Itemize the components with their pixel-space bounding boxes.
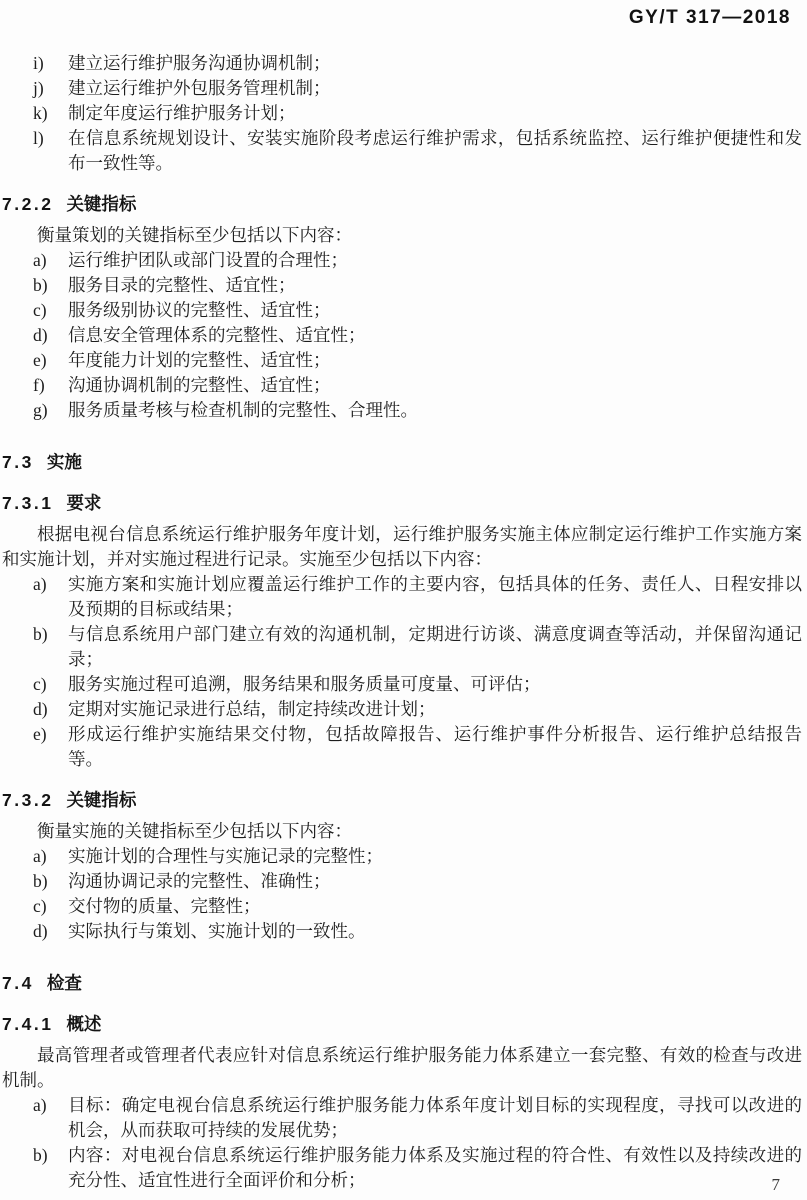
list-item-text: 交付物的质量、完整性； xyxy=(68,896,261,916)
list-item: a)目标：确定电视台信息系统运行维护服务能力体系年度计划目标的实现程度，寻找可以… xyxy=(2,1093,802,1143)
list-item-text: 运行维护团队或部门设置的合理性； xyxy=(68,250,348,270)
list-item-text: 定期对实施记录进行总结，制定持续改进计划； xyxy=(68,699,436,719)
list-item: b)内容：对电视台信息系统运行维护服务能力体系及实施过程的符合性、有效性以及持续… xyxy=(2,1143,802,1193)
list-item: c)服务实施过程可追溯，服务结果和服务质量可度量、可评估； xyxy=(2,672,802,697)
list-item-text: 目标：确定电视台信息系统运行维护服务能力体系年度计划目标的实现程度，寻找可以改进… xyxy=(68,1095,802,1140)
list-item-marker: a) xyxy=(33,1093,47,1118)
list-item-marker: k) xyxy=(33,101,48,126)
ordered-list: a)实施计划的合理性与实施记录的完整性；b)沟通协调记录的完整性、准确性；c)交… xyxy=(2,844,802,944)
list-item-marker: d) xyxy=(33,919,48,944)
list-item-marker: l) xyxy=(33,126,44,151)
section-heading: 7.3.2关键指标 xyxy=(2,788,802,813)
section-heading: 7.4检查 xyxy=(2,971,802,996)
list-item-marker: c) xyxy=(33,298,47,323)
section-heading: 7.2.2关键指标 xyxy=(2,192,802,217)
list-item-text: 服务实施过程可追溯，服务结果和服务质量可度量、可评估； xyxy=(68,674,541,694)
list-item: d)定期对实施记录进行总结，制定持续改进计划； xyxy=(2,697,802,722)
list-item-text: 在信息系统规划设计、安装实施阶段考虑运行维护需求，包括系统监控、运行维护便捷性和… xyxy=(68,128,802,173)
heading-title: 概述 xyxy=(66,1014,101,1034)
list-item: a)实施计划的合理性与实施记录的完整性； xyxy=(2,844,802,869)
list-item-marker: e) xyxy=(33,348,47,373)
list-item-marker: b) xyxy=(33,273,48,298)
ordered-list: a)实施方案和实施计划应覆盖运行维护工作的主要内容，包括具体的任务、责任人、日程… xyxy=(2,572,802,772)
list-item-text: 服务级别协议的完整性、适宜性； xyxy=(68,300,331,320)
heading-number: 7.4 xyxy=(2,973,34,993)
heading-number: 7.3.1 xyxy=(2,493,53,513)
list-item: c)交付物的质量、完整性； xyxy=(2,894,802,919)
paragraph: 衡量策划的关键指标至少包括以下内容： xyxy=(2,223,802,248)
ordered-list: a)运行维护团队或部门设置的合理性；b)服务目录的完整性、适宜性；c)服务级别协… xyxy=(2,248,802,423)
list-item: a)实施方案和实施计划应覆盖运行维护工作的主要内容，包括具体的任务、责任人、日程… xyxy=(2,572,802,622)
heading-title: 检查 xyxy=(47,973,82,993)
list-item-marker: c) xyxy=(33,894,47,919)
list-item-marker: g) xyxy=(33,398,48,423)
heading-title: 关键指标 xyxy=(66,790,136,810)
paragraph: 根据电视台信息系统运行维护服务年度计划，运行维护服务实施主体应制定运行维护工作实… xyxy=(2,522,802,572)
list-item-text: 服务质量考核与检查机制的完整性、合理性。 xyxy=(68,400,418,420)
list-item: k)制定年度运行维护服务计划； xyxy=(2,101,802,126)
page-number: 7 xyxy=(772,1175,781,1195)
list-item-marker: b) xyxy=(33,869,48,894)
list-item: b)与信息系统用户部门建立有效的沟通机制，定期进行访谈、满意度调查等活动，并保留… xyxy=(2,622,802,672)
list-item-text: 制定年度运行维护服务计划； xyxy=(68,103,296,123)
list-item-marker: c) xyxy=(33,672,47,697)
list-item-text: 沟通协调记录的完整性、准确性； xyxy=(68,871,331,891)
heading-number: 7.3 xyxy=(2,452,34,472)
paragraph: 衡量实施的关键指标至少包括以下内容： xyxy=(2,819,802,844)
section-heading: 7.4.1概述 xyxy=(2,1012,802,1037)
list-item: d)信息安全管理体系的完整性、适宜性； xyxy=(2,323,802,348)
list-item: b)服务目录的完整性、适宜性； xyxy=(2,273,802,298)
list-item-marker: i) xyxy=(33,51,44,76)
ordered-list: a)目标：确定电视台信息系统运行维护服务能力体系年度计划目标的实现程度，寻找可以… xyxy=(2,1093,802,1193)
list-item-text: 建立运行维护服务沟通协调机制； xyxy=(68,53,331,73)
list-item-text: 信息安全管理体系的完整性、适宜性； xyxy=(68,325,366,345)
list-item: e)形成运行维护实施结果交付物，包括故障报告、运行维护事件分析报告、运行维护总结… xyxy=(2,722,802,772)
list-item-marker: a) xyxy=(33,844,47,869)
heading-number: 7.4.1 xyxy=(2,1014,53,1034)
list-item-text: 年度能力计划的完整性、适宜性； xyxy=(68,350,331,370)
list-item: i)建立运行维护服务沟通协调机制； xyxy=(2,51,802,76)
list-item: e)年度能力计划的完整性、适宜性； xyxy=(2,348,802,373)
list-item: a)运行维护团队或部门设置的合理性； xyxy=(2,248,802,273)
heading-number: 7.3.2 xyxy=(2,790,53,810)
ordered-list: i)建立运行维护服务沟通协调机制；j)建立运行维护外包服务管理机制；k)制定年度… xyxy=(2,51,802,176)
list-item: b)沟通协调记录的完整性、准确性； xyxy=(2,869,802,894)
heading-number: 7.2.2 xyxy=(2,194,53,214)
list-item: f)沟通协调机制的完整性、适宜性； xyxy=(2,373,802,398)
list-item-text: 实施计划的合理性与实施记录的完整性； xyxy=(68,846,383,866)
heading-title: 要求 xyxy=(66,493,101,513)
list-item-text: 实际执行与策划、实施计划的一致性。 xyxy=(68,921,366,941)
list-item-text: 服务目录的完整性、适宜性； xyxy=(68,275,296,295)
list-item: l)在信息系统规划设计、安装实施阶段考虑运行维护需求，包括系统监控、运行维护便捷… xyxy=(2,126,802,176)
section-heading: 7.3实施 xyxy=(2,450,802,475)
list-item-marker: b) xyxy=(33,1143,48,1168)
standard-number-header: GY/T 317—2018 xyxy=(629,7,791,29)
list-item-marker: d) xyxy=(33,323,48,348)
heading-title: 关键指标 xyxy=(66,194,136,214)
document-content: i)建立运行维护服务沟通协调机制；j)建立运行维护外包服务管理机制；k)制定年度… xyxy=(2,46,802,1193)
list-item-marker: b) xyxy=(33,622,48,647)
list-item: g)服务质量考核与检查机制的完整性、合理性。 xyxy=(2,398,802,423)
document-page: GY/T 317—2018 i)建立运行维护服务沟通协调机制；j)建立运行维护外… xyxy=(0,0,807,1200)
list-item-text: 与信息系统用户部门建立有效的沟通机制，定期进行访谈、满意度调查等活动，并保留沟通… xyxy=(68,624,802,669)
list-item-text: 形成运行维护实施结果交付物，包括故障报告、运行维护事件分析报告、运行维护总结报告… xyxy=(68,724,802,769)
list-item-marker: j) xyxy=(33,76,44,101)
list-item-text: 建立运行维护外包服务管理机制； xyxy=(68,78,331,98)
list-item: c)服务级别协议的完整性、适宜性； xyxy=(2,298,802,323)
list-item-text: 实施方案和实施计划应覆盖运行维护工作的主要内容，包括具体的任务、责任人、日程安排… xyxy=(68,574,802,619)
list-item-marker: f) xyxy=(33,373,45,398)
section-heading: 7.3.1要求 xyxy=(2,491,802,516)
list-item-text: 沟通协调机制的完整性、适宜性； xyxy=(68,375,331,395)
list-item-marker: a) xyxy=(33,572,47,597)
list-item-text: 内容：对电视台信息系统运行维护服务能力体系及实施过程的符合性、有效性以及持续改进… xyxy=(68,1145,802,1190)
list-item: j)建立运行维护外包服务管理机制； xyxy=(2,76,802,101)
list-item-marker: e) xyxy=(33,722,47,747)
heading-title: 实施 xyxy=(47,452,82,472)
list-item-marker: a) xyxy=(33,248,47,273)
list-item: d)实际执行与策划、实施计划的一致性。 xyxy=(2,919,802,944)
paragraph: 最高管理者或管理者代表应针对信息系统运行维护服务能力体系建立一套完整、有效的检查… xyxy=(2,1043,802,1093)
list-item-marker: d) xyxy=(33,697,48,722)
